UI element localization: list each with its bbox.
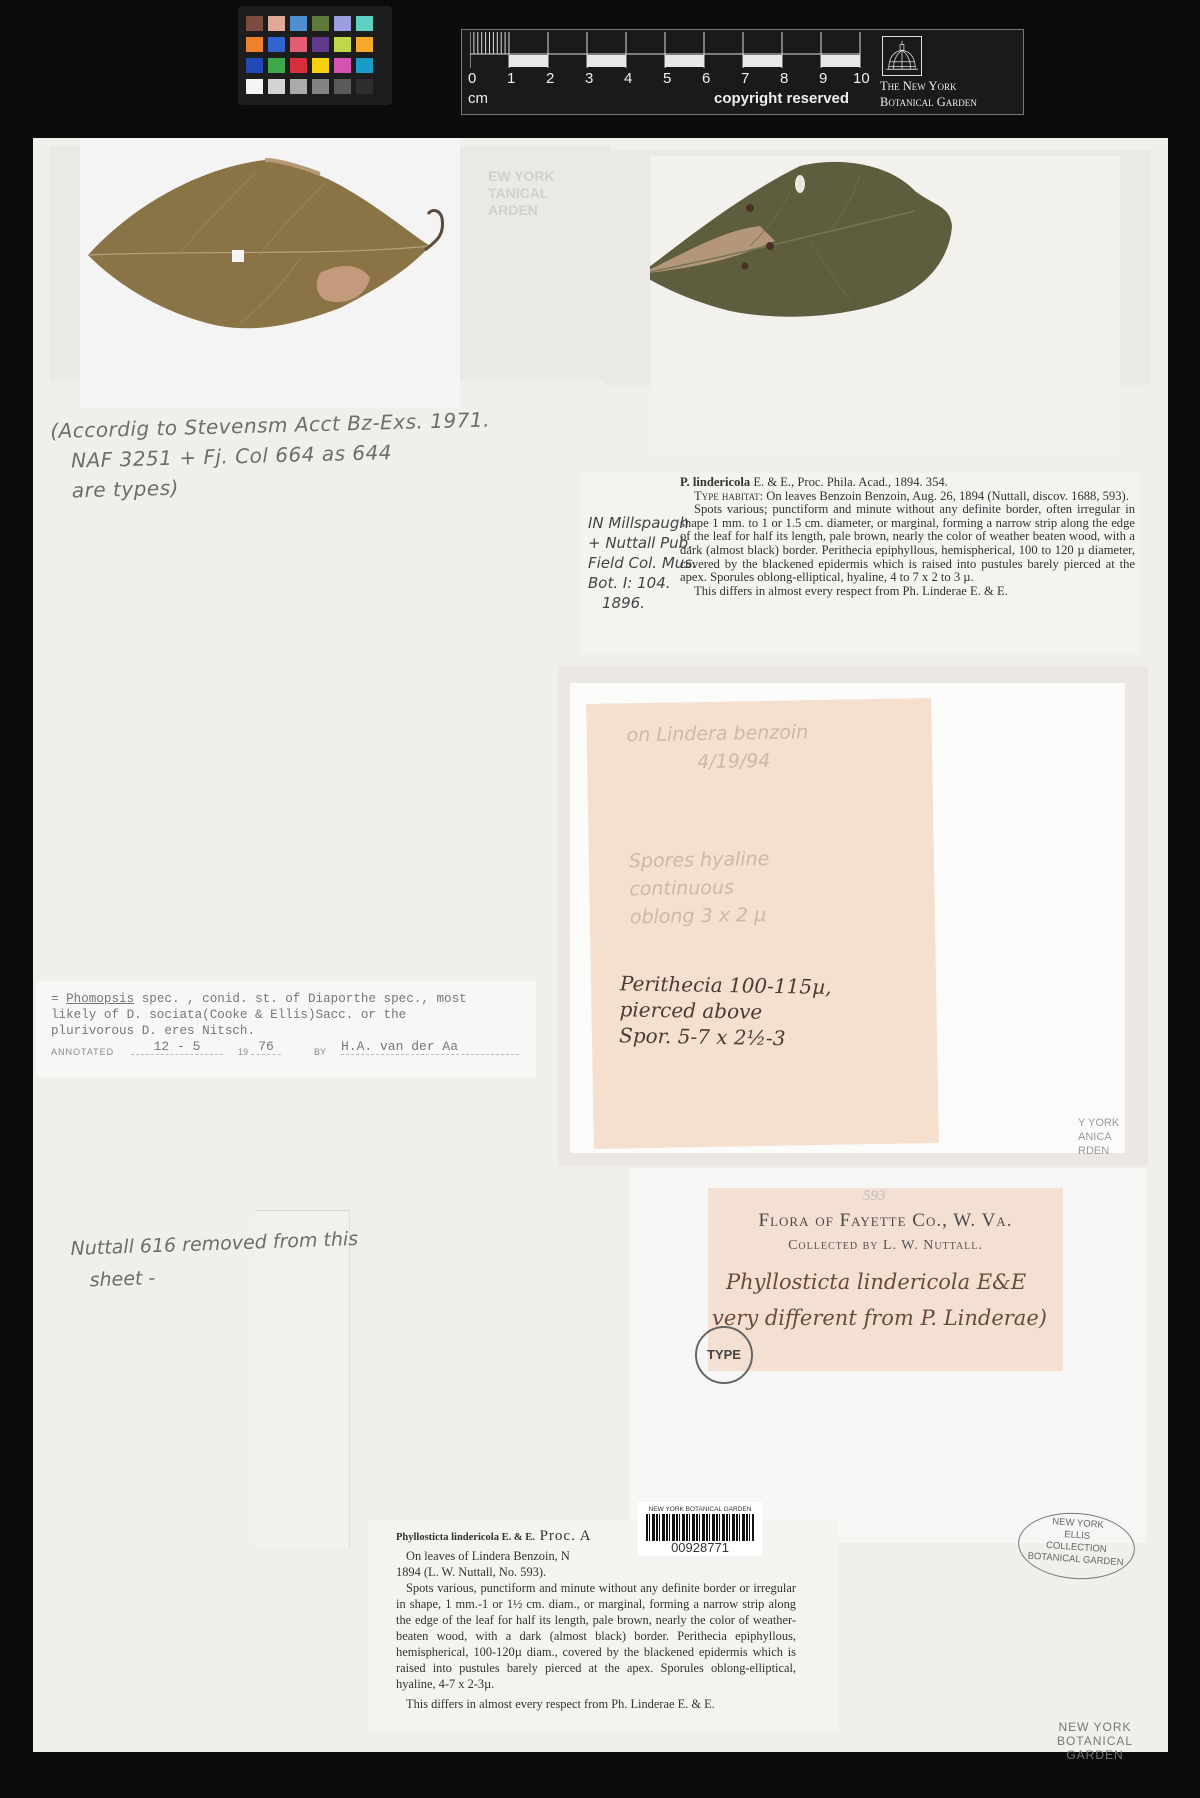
leaf-specimen-right-icon xyxy=(650,156,1120,456)
label-handwritten-comment: very different from P. Linderae) xyxy=(712,1306,1047,1330)
color-swatch xyxy=(246,58,263,73)
annotation-date: 12 - 5 xyxy=(131,1039,223,1055)
institution-sheet-stamp: NEW YORK BOTANICAL GARDEN xyxy=(1045,1720,1145,1762)
publication-clipping-top: IN Millspaugh + Nuttall Pub. Field Col. … xyxy=(580,473,1140,653)
packet-left-stamp: EW YORK TANICAL ARDEN xyxy=(488,168,555,219)
barcode-icon xyxy=(646,1514,754,1541)
color-swatch xyxy=(290,37,307,52)
conservatory-dome-icon xyxy=(882,36,922,76)
ruler-label-0: 0 xyxy=(468,70,476,87)
collection-label-fayette: 593 Flora of Fayette Co., W. Va. Collect… xyxy=(708,1188,1063,1371)
color-swatch xyxy=(290,58,307,73)
ruler-label-4: 4 xyxy=(624,70,632,87)
type-stamp: TYPE xyxy=(695,1326,753,1384)
color-swatch xyxy=(334,16,351,31)
color-swatch xyxy=(268,79,285,94)
species-name: P. lindericola xyxy=(680,475,750,489)
annotation-text: = Phomopsis spec. , conid. st. of Diapor… xyxy=(51,991,531,1039)
label-title: Flora of Fayette Co., W. Va. xyxy=(708,1210,1063,1232)
label-handwritten-species: Phyllosticta lindericola E&E xyxy=(726,1270,1026,1294)
annotation-year: 76 xyxy=(251,1039,281,1055)
color-calibration-chart xyxy=(238,6,392,105)
color-swatch xyxy=(312,79,329,94)
ellis-collection-stamp: NEW YORK ELLIS COLLECTION BOTANICAL GARD… xyxy=(1016,1509,1137,1583)
color-swatch xyxy=(356,58,373,73)
leaf-specimen-left-icon xyxy=(80,138,460,408)
ruler-label-8: 8 xyxy=(780,70,788,87)
color-swatch xyxy=(356,16,373,31)
packet-mid-stamp: Y YORK ANICA RDEN xyxy=(1078,1116,1119,1158)
ruler-icon xyxy=(470,32,866,68)
ruler-label-9: 9 xyxy=(819,70,827,87)
color-swatch xyxy=(312,37,329,52)
color-swatch xyxy=(268,16,285,31)
barcode-label: NEW YORK BOTANICAL GARDEN 00928771 xyxy=(638,1502,762,1556)
clipping-bottom-text: On leaves of Lindera Benzoin, N 1894 (L.… xyxy=(396,1548,796,1712)
color-swatch xyxy=(268,37,285,52)
color-swatch xyxy=(334,37,351,52)
clipping-bottom-title: Phyllosticta lindericola E. & E. Proc. A xyxy=(396,1528,592,1545)
handwritten-note-removed: Nuttall 616 removed from this sheet - xyxy=(70,1219,472,1297)
annotation-footer: ANNOTATED 12 - 5 19 76 BY H.A. van der A… xyxy=(51,1043,531,1063)
determination-annotation-label: = Phomopsis spec. , conid. st. of Diapor… xyxy=(36,981,536,1077)
ruler-label-1: 1 xyxy=(507,70,515,87)
clipping-top-text: P. lindericola E. & E., Proc. Phila. Aca… xyxy=(680,476,1135,598)
color-swatch xyxy=(246,37,263,52)
color-swatch xyxy=(290,16,307,31)
herbarium-sheet: EW YORK TANICAL ARDEN xyxy=(33,138,1168,1752)
color-swatch xyxy=(356,79,373,94)
annotator-name: H.A. van der Aa xyxy=(341,1039,519,1055)
publication-clipping-bottom: Phyllosticta lindericola E. & E. Proc. A… xyxy=(368,1520,838,1732)
ruler-label-10: 10 xyxy=(853,70,870,87)
barcode-number: 00928771 xyxy=(638,1540,762,1555)
handwritten-note-types: (Accordig to Stevensm Acct Bz-Exs. 1971.… xyxy=(50,404,512,506)
color-swatch xyxy=(268,58,285,73)
ruler-label-7: 7 xyxy=(741,70,749,87)
color-swatch xyxy=(246,79,263,94)
ruler-label-5: 5 xyxy=(663,70,671,87)
copyright-notice: copyright reserved xyxy=(714,90,849,107)
color-swatch xyxy=(246,16,263,31)
color-swatch xyxy=(334,58,351,73)
packet-left xyxy=(80,138,460,408)
handwritten-slip: on Lindera benzoin 4/19/94 Spores hyalin… xyxy=(586,698,939,1149)
packet-right xyxy=(650,156,1120,456)
collection-number: 593 xyxy=(863,1188,886,1205)
scale-bar: 0 1 2 3 4 5 6 7 8 9 10 cm copyright rese… xyxy=(461,29,1024,115)
faint-pencil-notes: on Lindera benzoin 4/19/94 Spores hyalin… xyxy=(626,716,910,931)
color-swatch xyxy=(334,79,351,94)
color-swatch xyxy=(356,37,373,52)
color-swatch xyxy=(312,16,329,31)
ruler-label-6: 6 xyxy=(702,70,710,87)
ruler-label-3: 3 xyxy=(585,70,593,87)
scale-unit: cm xyxy=(468,90,488,107)
label-collector: Collected by L. W. Nuttall. xyxy=(708,1238,1063,1254)
color-swatch xyxy=(290,79,307,94)
institution-name: The New York Botanical Garden xyxy=(880,78,977,110)
ink-measurement-notes: Perithecia 100-115µ, pierced above Spor.… xyxy=(619,970,920,1053)
color-swatch xyxy=(312,58,329,73)
ruler-label-2: 2 xyxy=(546,70,554,87)
